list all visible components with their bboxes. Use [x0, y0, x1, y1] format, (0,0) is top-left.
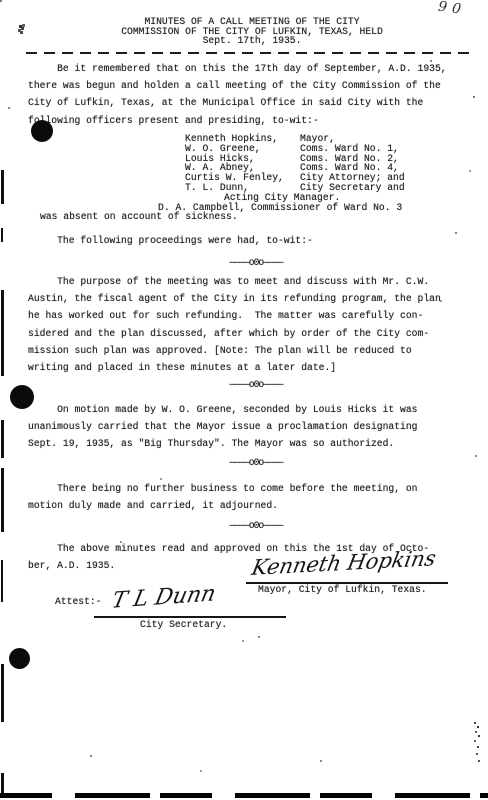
proceedings-line: The following proceedings were had, to-w… — [28, 236, 313, 246]
text-line: sidered and the plan discussed, after wh… — [28, 325, 468, 342]
scan-edge-line — [1, 420, 4, 458]
text-line: The purpose of the meeting was to meet a… — [28, 273, 468, 290]
text-line: unanimously carried that the Mayor issue… — [28, 418, 468, 435]
secretary-signature-line — [94, 616, 286, 618]
text-line: Sept. 19, 1935, as "Big Thursday". The M… — [28, 435, 468, 452]
scan-edge-line — [1, 664, 4, 722]
section-separator: ————o0o———— — [40, 456, 472, 470]
scan-edge-line — [1, 560, 3, 602]
text-line: mission such plan was approved. [Note: T… — [28, 342, 468, 359]
attest-label: Attest:- — [55, 597, 102, 607]
section-separator: ————o0o———— — [40, 256, 472, 270]
secretary-signature-caption: City Secretary. — [140, 620, 227, 630]
text-line: motion duly made and carried, it adjourn… — [28, 497, 468, 514]
scan-edge-line — [1, 468, 4, 532]
right-edge-smudge-artifact — [474, 722, 476, 724]
scan-edge-line — [1, 290, 4, 376]
scanned-minutes-document: { "page": { "page_number": "90" }, "head… — [0, 0, 488, 800]
purpose-paragraph: The purpose of the meeting was to meet a… — [28, 273, 468, 376]
scan-edge-line — [1, 170, 4, 204]
motion-paragraph: On motion made by W. O. Greene, seconded… — [28, 401, 468, 453]
dashed-divider-rule — [26, 52, 472, 54]
scan-bottom-edge-artifact — [0, 793, 488, 798]
opening-paragraph: Be it remembered that on this the 17th d… — [28, 60, 468, 129]
document-title: MINUTES OF A CALL MEETING OF THE CITY CO… — [56, 17, 448, 46]
adjournment-paragraph: There being no further business to come … — [28, 480, 468, 514]
text-line: On motion made by W. O. Greene, seconded… — [28, 401, 468, 418]
mayor-signature-caption: Mayor, City of Lufkin, Texas. — [258, 585, 427, 595]
text-line: there was begun and holden a call meetin… — [28, 77, 468, 94]
text-line: City of Lufkin, Texas, at the Municipal … — [28, 94, 468, 111]
text-line: There being no further business to come … — [28, 480, 468, 497]
scan-edge-line — [1, 773, 4, 793]
scan-speckles — [0, 0, 2, 2]
ink-blot-artifact — [10, 385, 34, 409]
officers-roster: Kenneth Hopkins,Mayor,W. O. Greene,Coms.… — [185, 134, 405, 193]
text-line: following officers present and presiding… — [28, 112, 468, 129]
secretary-signature: T L Dunn — [109, 581, 218, 614]
text-line: he has worked out for such refunding. Th… — [28, 307, 468, 324]
text-line: writing and placed in these minutes at a… — [28, 359, 468, 376]
text-line: Be it remembered that on this the 17th d… — [28, 60, 468, 77]
section-separator: ————o0o———— — [40, 519, 472, 533]
document-page: 90 MINUTES OF A CALL MEETING OF THE CITY… — [0, 0, 488, 800]
title-date-line: Sept. 17th, 1935. — [56, 36, 448, 46]
absent-reason-line: was absent on account of sickness. — [40, 212, 238, 222]
scan-edge-line — [1, 228, 3, 242]
ink-blot-artifact — [9, 648, 30, 669]
ink-blot-artifact — [31, 120, 53, 142]
ink-smudge-artifact — [19, 25, 22, 28]
text-line: Austin, the fiscal agent of the City in … — [28, 290, 468, 307]
section-separator: ————o0o———— — [40, 378, 472, 392]
